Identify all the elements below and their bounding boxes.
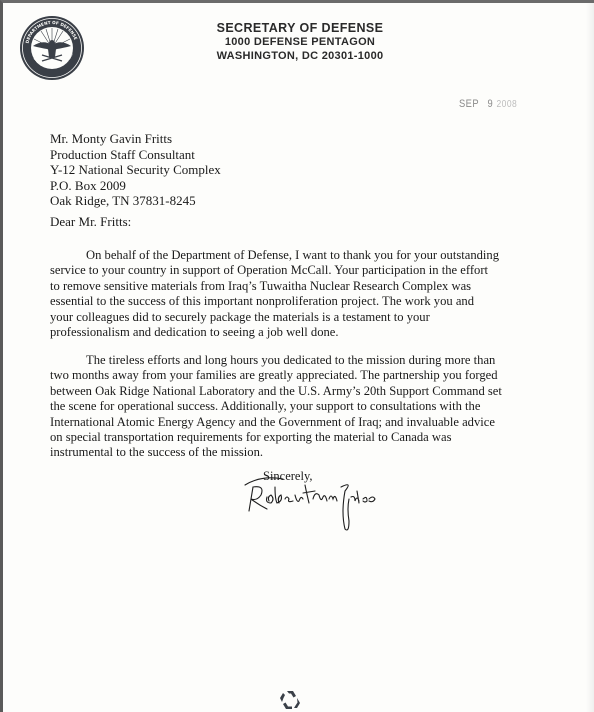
letterhead-address-line2: WASHINGTON, DC 20301-1000: [163, 49, 437, 63]
date-month: SEP: [459, 98, 479, 110]
paragraph-line: the scene for operational success. Addit…: [50, 399, 570, 414]
paragraph-line: your colleagues did to securely package …: [50, 310, 570, 325]
body-paragraph-2: The tireless efforts and long hours you …: [50, 353, 570, 461]
paragraph-line: International Atomic Energy Agency and t…: [50, 415, 570, 430]
recipient-address: Mr. Monty Gavin Fritts Production Staff …: [50, 131, 221, 209]
paragraph-line: essential to the success of this importa…: [50, 294, 570, 309]
letterhead-address-line1: 1000 DEFENSE PENTAGON: [163, 35, 437, 49]
handwritten-signature-icon: [241, 473, 381, 533]
letter-page: DEPARTMENT OF DEFENSE UNITED STATES OF A…: [0, 0, 594, 712]
paragraph-line: The tireless efforts and long hours you …: [50, 353, 570, 368]
recipient-title: Production Staff Consultant: [50, 147, 221, 163]
letterhead: SECRETARY OF DEFENSE 1000 DEFENSE PENTAG…: [163, 21, 437, 63]
date-stamp: SEP92008: [459, 98, 517, 110]
paragraph-line: professionalism and dedication to seeing…: [50, 325, 570, 340]
paragraph-line: instrumental to the success of the missi…: [50, 445, 570, 460]
body-paragraph-1: On behalf of the Department of Defense, …: [50, 248, 570, 340]
date-year: 2008: [497, 99, 518, 110]
paragraph-line: service to your country in support of Op…: [50, 263, 570, 278]
recipient-po-box: P.O. Box 2009: [50, 178, 221, 194]
paragraph-line: between Oak Ridge National Laboratory an…: [50, 384, 570, 399]
salutation: Dear Mr. Fritts:: [50, 214, 131, 230]
date-day: 9: [487, 98, 493, 110]
paragraph-line: two months away from your families are g…: [50, 368, 570, 383]
recipient-city-state-zip: Oak Ridge, TN 37831-8245: [50, 193, 221, 209]
letterhead-title: SECRETARY OF DEFENSE: [163, 21, 437, 35]
recycle-icon: [278, 689, 302, 711]
recipient-name: Mr. Monty Gavin Fritts: [50, 131, 221, 147]
paragraph-line: on special transportation requirements f…: [50, 430, 570, 445]
department-of-defense-seal-icon: DEPARTMENT OF DEFENSE UNITED STATES OF A…: [19, 15, 85, 81]
paragraph-line: On behalf of the Department of Defense, …: [50, 248, 570, 263]
paragraph-line: to remove sensitive materials from Iraq’…: [50, 279, 570, 294]
recipient-organization: Y-12 National Security Complex: [50, 162, 221, 178]
